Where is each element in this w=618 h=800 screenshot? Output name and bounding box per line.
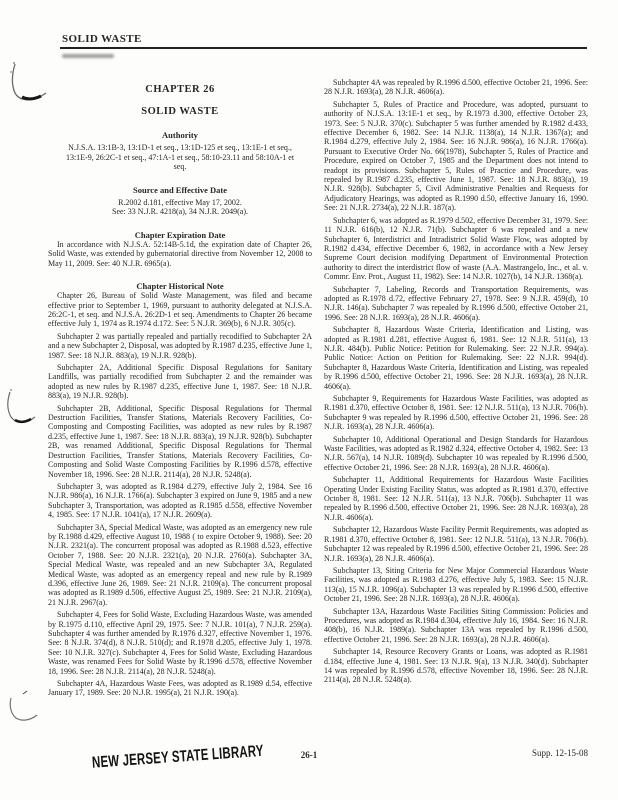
historical-paragraph: Subchapter 7, Labeling, Records and Tran… — [324, 285, 588, 323]
historical-paragraph: Subchapter 12, Hazardous Waste Facility … — [324, 525, 588, 563]
source-effective-date-heading: Source and Effective Date — [48, 185, 312, 195]
chapter-expiration-text: In accordance with N.J.S.A. 52:14B-5.1d,… — [48, 240, 312, 268]
text-columns: CHAPTER 26 SOLID WASTE Authority N.J.S.A… — [48, 60, 588, 701]
historical-paragraph: Subchapter 2A, Additional Specific Dispo… — [48, 363, 312, 401]
authority-citation: N.J.S.A. 13:1B-3, 13:1D-1 et seq., 13:1D… — [61, 143, 299, 172]
page-footer: NEW JERSEY STATE LIBRARY 26-1 Supp. 12-1… — [0, 744, 618, 794]
historical-paragraph: Subchapter 11, Additional Requirements f… — [324, 475, 588, 522]
left-column: CHAPTER 26 SOLID WASTE Authority N.J.S.A… — [48, 60, 312, 701]
supplement-label: Supp. 12-15-08 — [532, 748, 588, 758]
header-smudge — [62, 54, 114, 58]
historical-paragraph: Subchapter 5, Rules of Practice and Proc… — [324, 100, 588, 213]
chapter-expiration-heading: Chapter Expiration Date — [48, 230, 312, 240]
historical-paragraph: Subchapter 10, Additional Operational an… — [324, 435, 588, 473]
chapter-historical-note-heading: Chapter Historical Note — [48, 281, 312, 291]
page-number: 26-1 — [0, 750, 618, 760]
historical-paragraph: Subchapter 3A, Special Medical Waste, wa… — [48, 523, 312, 608]
historical-paragraph: Subchapter 4, Fees for Solid Waste, Excl… — [48, 610, 312, 676]
historical-paragraph: Subchapter 2 was partially repealed and … — [48, 332, 312, 360]
historical-paragraph: Subchapter 13, Siting Criteria for New M… — [324, 566, 588, 604]
source-line: R.2002 d.181, effective May 17, 2002. — [48, 198, 312, 208]
historical-paragraph: Subchapter 4A was repealed by R.1996 d.5… — [324, 78, 588, 97]
margin-check-mark-icon — [4, 388, 38, 430]
chapter-subtitle: SOLID WASTE — [48, 106, 312, 117]
historical-paragraph: Subchapter 13A, Hazardous Waste Faciliti… — [324, 607, 588, 645]
historical-paragraph: Subchapter 14, Resource Recovery Grants … — [324, 647, 588, 685]
document-page: SOLID WASTE CHAPTER 26 SOLID WASTE Autho… — [0, 0, 618, 800]
historical-paragraph: Subchapter 8, Hazardous Waste Criteria, … — [324, 325, 588, 391]
chapter-title: CHAPTER 26 — [48, 84, 312, 95]
historical-paragraph: Subchapter 3, was adopted as R.1984 d.27… — [48, 482, 312, 520]
historical-paragraph: Subchapter 9, Requirements for Hazardous… — [324, 394, 588, 432]
running-header-title: SOLID WASTE — [62, 33, 142, 45]
source-see-line: See: 33 N.J.R. 4218(a), 34 N.J.R. 2049(a… — [48, 207, 312, 217]
historical-paragraph: Chapter 26, Bureau of Solid Waste Manage… — [48, 291, 312, 329]
header-rule — [60, 47, 587, 49]
historical-paragraph: Subchapter 6, was adopted as R.1979 d.50… — [324, 216, 588, 282]
authority-heading: Authority — [48, 130, 312, 140]
margin-check-mark-icon — [6, 690, 40, 728]
margin-check-mark-icon — [8, 60, 50, 108]
right-column: Subchapter 4A was repealed by R.1996 d.5… — [324, 60, 588, 701]
historical-paragraph: Subchapter 2B, Additional, Specific Disp… — [48, 404, 312, 479]
historical-paragraph: Subchapter 4A, Hazardous Waste Fees, was… — [48, 679, 312, 698]
